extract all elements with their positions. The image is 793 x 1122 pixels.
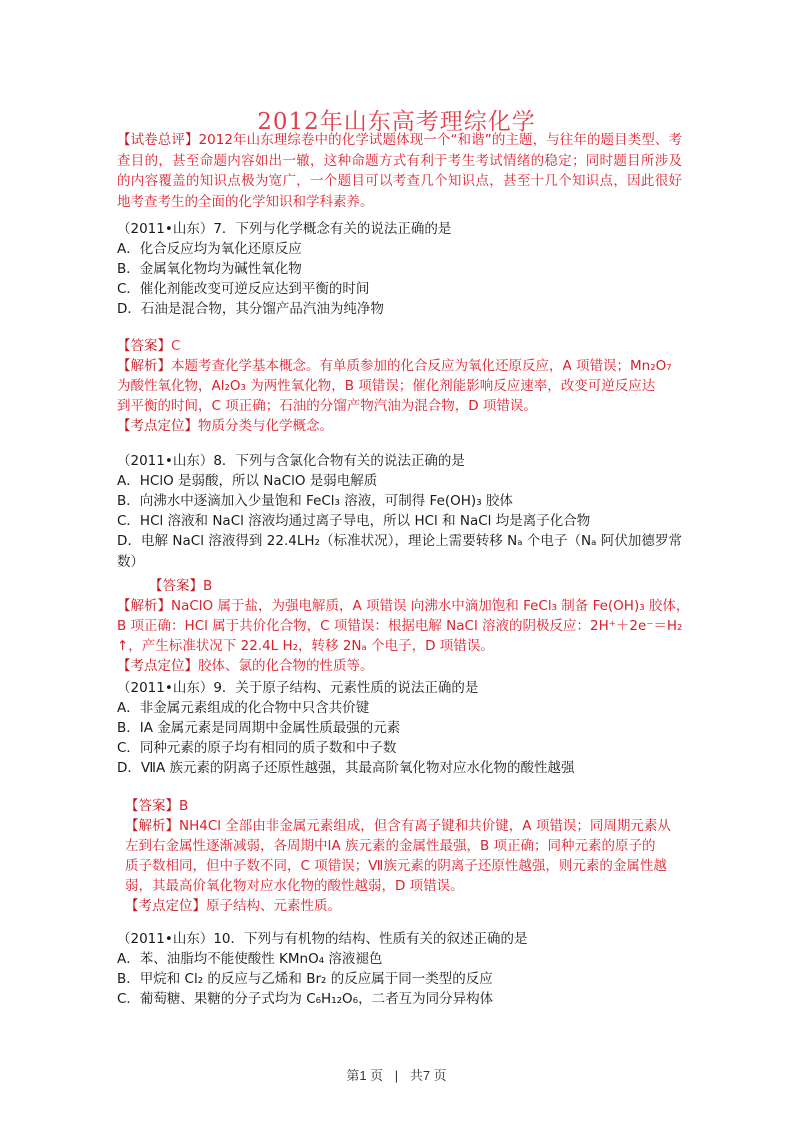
- answer-value: C: [171, 338, 180, 354]
- option-b: B．金属氧化物均为碱性氧化物: [117, 259, 682, 279]
- answer-label: 【答案】: [117, 338, 171, 354]
- point-text: 胶体、氯的化合物的性质等。: [198, 658, 374, 674]
- question-7: （2011•山东）7．下列与化学概念有关的说法正确的是 A．化合反应均为氧化还原…: [117, 219, 682, 319]
- analysis-line: 为酸性氧化物，Al₂O₃ 为两性氧化物，B 项错误；催化剂能影响反应速率，改变可…: [117, 376, 682, 396]
- option-d: D．石油是混合物，其分馏产品汽油为纯净物: [117, 299, 682, 319]
- option-c: C．葡萄糖、果糖的分子式均为 C₆H₁₂O₆，二者互为同分异构体: [117, 989, 682, 1009]
- analysis-label: 【解析】: [117, 598, 171, 614]
- analysis-line: 【解析】NaClO 属于盐，为强电解质，A 项错误 向沸水中滴加饱和 FeCl₃…: [117, 596, 682, 616]
- summary-label: 【试卷总评】: [117, 132, 199, 148]
- total-pages: 共7 页: [410, 1068, 447, 1083]
- question-stem: （2011•山东）7．下列与化学概念有关的说法正确的是: [117, 219, 682, 239]
- page-footer: 第1 页 | 共7 页: [0, 1065, 793, 1084]
- question-stem: （2011•山东）8．下列与含氯化合物有关的说法正确的是: [117, 451, 682, 471]
- question-stem: （2011•山东）10．下列与有机物的结构、性质有关的叙述正确的是: [117, 929, 682, 949]
- option-a: A．HClO 是弱酸，所以 NaClO 是弱电解质: [117, 471, 682, 491]
- option-c: C．同种元素的原子均有相同的质子数和中子数: [117, 738, 682, 758]
- option-a: A．非金属元素组成的化合物中只含共价键: [117, 698, 682, 718]
- question-8: （2011•山东）8．下列与含氯化合物有关的说法正确的是 A．HClO 是弱酸，…: [117, 451, 682, 572]
- analysis-line: 【解析】NH4Cl 全部由非金属元素组成，但含有离子键和共价键，A 项错误；同周…: [117, 816, 682, 836]
- analysis-line: B 项正确：HCl 属于共价化合物，C 项错误：根据电解 NaCl 溶液的阴极反…: [117, 616, 682, 636]
- question-stem: （2011•山东）9．关于原子结构、元素性质的说法正确的是: [117, 678, 682, 698]
- question-10: （2011•山东）10．下列与有机物的结构、性质有关的叙述正确的是 A．苯、油脂…: [117, 929, 682, 1009]
- answer-label: 【答案】: [149, 578, 203, 594]
- option-b: B．甲烷和 Cl₂ 的反应与乙烯和 Br₂ 的反应属于同一类型的反应: [117, 969, 682, 989]
- answer-label: 【答案】: [125, 798, 179, 814]
- answer-value: B: [179, 798, 188, 814]
- analysis-line: 【解析】本题考查化学基本概念。有单质参加的化合反应为氧化还原反应，A 项错误；M…: [117, 356, 682, 376]
- knowledge-point: 【考点定位】物质分类与化学概念。: [117, 416, 682, 436]
- answer: 【答案】B: [117, 576, 682, 596]
- current-page: 第1 页: [346, 1068, 383, 1083]
- footer-separator: |: [395, 1068, 398, 1083]
- option-b: B．ⅠA 金属元素是同周期中金属性质最强的元素: [117, 718, 682, 738]
- question-9: （2011•山东）9．关于原子结构、元素性质的说法正确的是 A．非金属元素组成的…: [117, 678, 682, 778]
- question-9-solution: 【答案】B 【解析】NH4Cl 全部由非金属元素组成，但含有离子键和共价键，A …: [117, 796, 682, 916]
- point-label: 【考点定位】: [117, 418, 198, 434]
- option-d: D．电解 NaCl 溶液得到 22.4LH₂（标准状况），理论上需要转移 Nₐ …: [117, 531, 682, 572]
- analysis-line: ↑，产生标准状况下 22.4L H₂，转移 2Nₐ 个电子，D 项错误。: [117, 636, 682, 656]
- summary-text: 2012年山东理综卷中的化学试题体现一个“和谐”的主题，与往年的题目类型、考查目…: [117, 132, 682, 210]
- point-text: 物质分类与化学概念。: [198, 418, 333, 434]
- analysis-line: 质子数相同，但中子数不同，C 项错误；Ⅶ族元素的阴离子还原性越强，则元素的金属性…: [117, 856, 682, 876]
- analysis-label: 【解析】: [117, 358, 171, 374]
- analysis-line: 左到右金属性逐渐减弱，各周期中ⅠA 族元素的金属性最强，B 项正确；同种元素的原…: [117, 836, 682, 856]
- option-a: A．苯、油脂均不能使酸性 KMnO₄ 溶液褪色: [117, 949, 682, 969]
- answer-value: B: [203, 578, 212, 594]
- option-b: B．向沸水中逐滴加入少量饱和 FeCl₃ 溶液，可制得 Fe(OH)₃ 胶体: [117, 491, 682, 511]
- point-label: 【考点定位】: [117, 658, 198, 674]
- document-page: 2012年山东高考理综化学 【试卷总评】2012年山东理综卷中的化学试题体现一个…: [0, 0, 793, 1122]
- knowledge-point: 【考点定位】胶体、氯的化合物的性质等。: [117, 656, 682, 676]
- option-c: C．HCl 溶液和 NaCl 溶液均通过离子导电，所以 HCl 和 NaCl 均…: [117, 511, 682, 531]
- answer: 【答案】C: [117, 336, 682, 356]
- option-a: A．化合反应均为氧化还原反应: [117, 239, 682, 259]
- answer: 【答案】B: [117, 796, 682, 816]
- exam-summary: 【试卷总评】2012年山东理综卷中的化学试题体现一个“和谐”的主题，与往年的题目…: [117, 130, 682, 212]
- option-c: C．催化剂能改变可逆反应达到平衡的时间: [117, 279, 682, 299]
- analysis-line: 到平衡的时间，C 项正确；石油的分馏产物汽油为混合物，D 项错误。: [117, 396, 682, 416]
- knowledge-point: 【考点定位】原子结构、元素性质。: [117, 896, 682, 916]
- analysis-line: 弱，其最高价氧化物对应水化物的酸性越弱，D 项错误。: [117, 876, 682, 896]
- option-d: D．ⅦA 族元素的阴离子还原性越强，其最高阶氧化物对应水化物的酸性越强: [117, 758, 682, 778]
- question-8-solution: 【答案】B 【解析】NaClO 属于盐，为强电解质，A 项错误 向沸水中滴加饱和…: [117, 576, 682, 676]
- point-label: 【考点定位】: [125, 898, 206, 914]
- question-7-solution: 【答案】C 【解析】本题考查化学基本概念。有单质参加的化合反应为氧化还原反应，A…: [117, 336, 682, 436]
- analysis-label: 【解析】: [125, 818, 179, 834]
- point-text: 原子结构、元素性质。: [206, 898, 341, 914]
